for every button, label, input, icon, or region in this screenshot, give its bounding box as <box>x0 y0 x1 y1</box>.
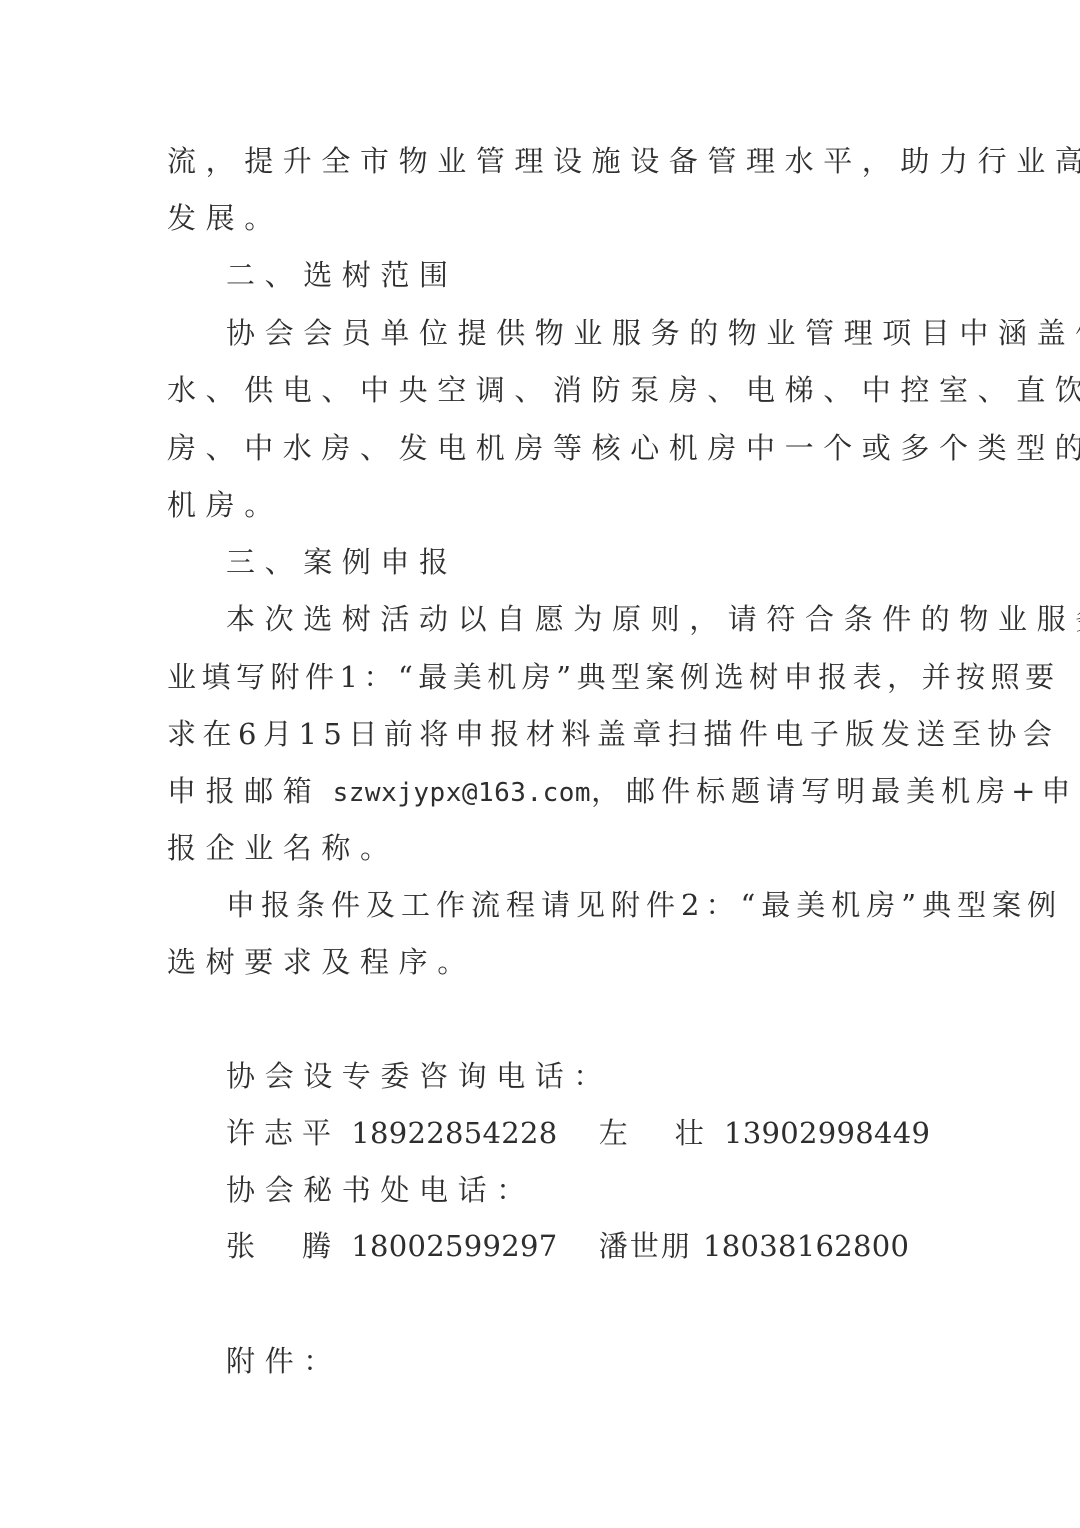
secretariat-phone-row: 张 腾 18002599297 潘世朋 18038162800 <box>226 1226 986 1266</box>
section-3-para1-line-3: 求在6月15日前将申报材料盖章扫描件电子版发送至协会 <box>167 714 927 754</box>
contact-name: 左 壮 <box>599 1116 713 1150</box>
intro-line-2: 发展。 <box>167 198 927 238</box>
contact-phone: 18922854228 <box>351 1116 557 1150</box>
section-3-heading: 三、案例申报 <box>226 542 986 582</box>
intro-line-1: 流，提升全市物业管理设施设备管理水平，助力行业高质量 <box>167 141 927 181</box>
section-2-line-2: 水、供电、中央空调、消防泵房、电梯、中控室、直饮水机 <box>167 370 927 410</box>
section-3-para2-line-1: 申报条件及工作流程请见附件2：“最美机房”典型案例 <box>226 885 986 925</box>
section-3-para2-line-2: 选树要求及程序。 <box>167 942 927 982</box>
section-3-para1-line-2: 业填写附件1：“最美机房”典型案例选树申报表，并按照要 <box>167 657 927 697</box>
secretariat-phone-label: 协会秘书处电话： <box>226 1170 986 1210</box>
contact-phone: 18038162800 <box>703 1229 909 1263</box>
contact-phone: 18002599297 <box>351 1229 557 1263</box>
section-2-line-3: 房、中水房、发电机房等核心机房中一个或多个类型的设备 <box>167 428 927 468</box>
email-prefix: 申报邮箱 <box>167 774 321 808</box>
contact-name: 张 腾 <box>226 1229 340 1263</box>
section-2-line-4: 机房。 <box>167 485 927 525</box>
contact-name: 许志平 <box>226 1116 340 1150</box>
section-3-para1-line-1: 本次选树活动以自愿为原则，请符合条件的物业服务企 <box>226 599 986 639</box>
contact-phone: 13902998449 <box>724 1116 930 1150</box>
section-2-heading: 二、选树范围 <box>226 255 986 295</box>
section-2-line-1: 协会会员单位提供物业服务的物业管理项目中涵盖供 <box>226 313 986 353</box>
attachments-label: 附件： <box>226 1341 986 1381</box>
contact-name: 潘世朋 <box>599 1229 692 1263</box>
committee-phone-label: 协会设专委咨询电话： <box>226 1056 986 1096</box>
section-3-para1-line-4: 申报邮箱 szwxjypx@163.com，邮件标题请写明最美机房+申 <box>167 771 927 811</box>
email-address: szwxjypx@163.com <box>333 778 591 808</box>
committee-phone-row: 许志平 18922854228 左 壮 13902998449 <box>226 1113 986 1153</box>
section-3-para1-line-5: 报企业名称。 <box>167 828 927 868</box>
document-page: 流，提升全市物业管理设施设备管理水平，助力行业高质量 发展。 二、选树范围 协会… <box>0 0 1080 1528</box>
email-line-suffix: ，邮件标题请写明最美机房+申 <box>591 774 1076 808</box>
